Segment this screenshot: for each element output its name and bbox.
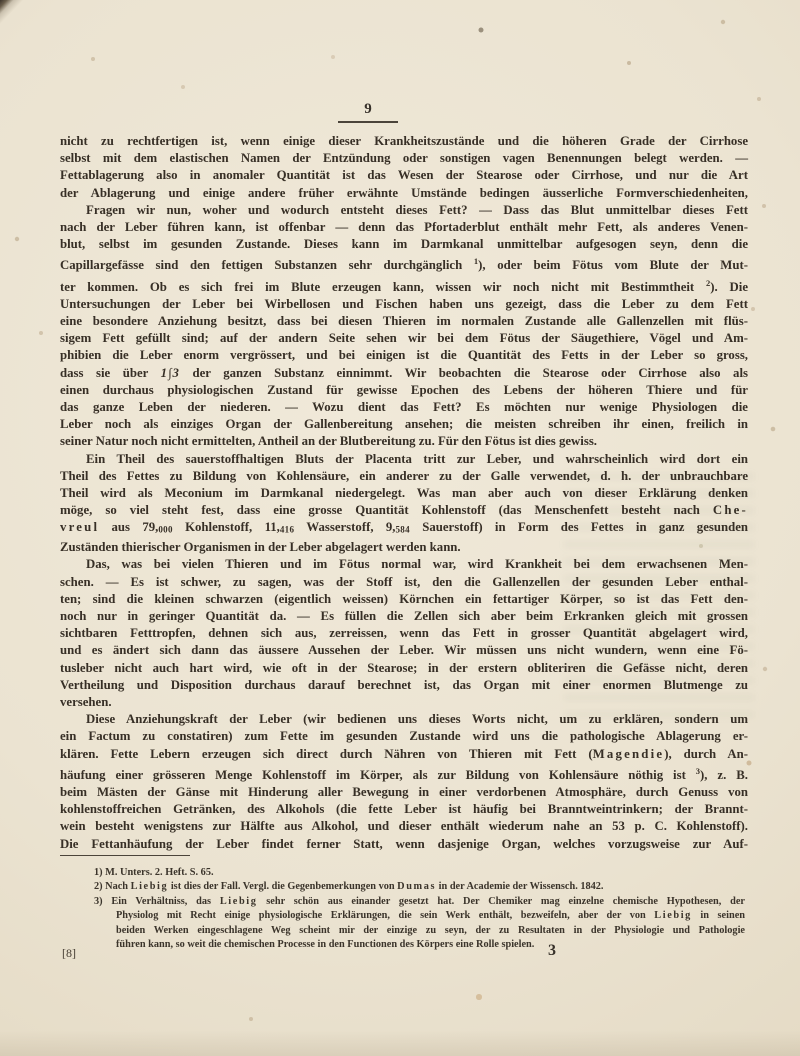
text-line: vreul aus 79,000 Kohlenstoff, 11,416 Was… [60,519,748,539]
footnote-line: 3) Ein Verhältniss, das Liebig sehr schö… [94,895,745,909]
text-line: phibien die Leber enorm vergrössert, und… [60,347,748,364]
text-segment: ein Factum zu constatiren) zum Fette im … [60,729,748,743]
sp-segment: Dumas [397,881,436,892]
text-line: blut, selbst im gesunden Zustande. Diese… [60,236,748,253]
text-line: häufung einer grösseren Menge Kohlenstof… [60,763,748,784]
text-segment: ), oder beim Fötus vom Blute der Mut- [478,258,748,272]
text-segment: dass sie über [60,366,161,380]
sp-segment: Magendie [593,747,665,761]
text-segment: blut, selbst im gesunden Zustande. Diese… [60,237,748,251]
text-segment: Das, was bei vielen Thieren und im Fötus… [86,557,748,571]
footnote-separator [60,855,190,856]
text-line: Capillargefässe sind den fettigen Substa… [60,253,748,274]
paper-specks [0,0,2,2]
text-segment: ), durch An- [664,747,748,761]
text-line: nicht zu rechtfertigen ist, wenn einige … [60,133,748,150]
text-segment: führen kann, so weit die chemischen Proc… [116,939,534,950]
text-segment: Kohlenstoff, 11, [173,520,280,534]
text-line: Theil des Fettes zu Bildung von Kohlensä… [60,468,748,485]
text-segment: Theil wird als Meconium im Darmkanal nie… [60,486,748,500]
footnote-line: führen kann, so weit die chemischen Proc… [94,938,745,952]
text-segment: Capillargefässe sind den fettigen Substa… [60,258,474,272]
text-segment: in der Academie der Wissensch. 1842. [436,881,603,892]
text-segment: Leber noch als einziges Organ der Gallen… [60,417,748,431]
text-line: beim Mästen der Gänse mit Hinderung alle… [60,784,748,801]
text-segment: häufung einer grösseren Menge Kohlenstof… [60,768,696,782]
footnote-line: 1) M. Unters. 2. Heft. S. 65. [94,866,745,880]
text-line: Untersuchungen der Leber bei Wirbellosen… [60,296,748,313]
text-segment: phibien die Leber enorm vergrössert, und… [60,348,748,362]
text-segment: Die Fettanhäufung der Leber findet ferne… [60,837,748,851]
it-segment: 1∫3 [161,366,180,380]
text-segment: in seinen [692,910,745,921]
text-segment: beiden Werken eingeschlagene Weg scheint… [116,925,745,936]
text-segment: tusleber nicht auch hart wird, wie oft i… [60,661,748,675]
sp-segment: vreul [60,520,99,534]
text-line: einen durchaus physiologischen Zustand f… [60,382,748,399]
sub-segment: 416 [280,525,294,535]
text-segment: beim Mästen der Gänse mit Hinderung alle… [60,785,748,799]
text-line: der Ablagerung und einige andere früher … [60,185,748,202]
text-line: Diese Anziehungskraft der Leber (wir bed… [60,711,748,728]
footnote-line: Physiolog mit Recht einige physiologisch… [94,909,745,923]
body-text: nicht zu rechtfertigen ist, wenn einige … [60,133,748,853]
text-segment: Fragen wir nun, woher und wodurch entste… [86,203,748,217]
text-segment: einen durchaus physiologischen Zustand f… [60,383,748,397]
text-line: schen. — Es ist schwer, zu sagen, was de… [60,574,748,591]
text-line: dass sie über 1∫3 der ganzen Substanz ei… [60,365,748,382]
text-segment: nach der Leber führen kann, ist offenbar… [60,220,748,234]
text-segment: nicht zu rechtfertigen ist, wenn einige … [60,134,748,148]
text-segment: möge, so viel steht fest, dass eine gros… [60,503,713,517]
text-line: das ganze Leben der niederen. — Wozu die… [60,399,748,416]
text-line: klären. Fette Lebern erzeugen sich direc… [60,746,748,763]
sheet-number: 3 [548,942,556,960]
text-segment: ), z. B. [700,768,748,782]
text-line: Die Fettanhäufung der Leber findet ferne… [60,836,748,853]
text-segment: der ganzen Substanz einnimmt. Wir beobac… [180,366,748,380]
text-line: kohlenstoffreichen Getränken, des Alkoho… [60,801,748,818]
text-segment: eine besondere Anziehung besitzt, dass b… [60,314,748,328]
text-line: und es ändert sich dann das äussere Auss… [60,642,748,659]
text-line: nach der Leber führen kann, ist offenbar… [60,219,748,236]
text-segment: ). Die [710,280,748,294]
text-segment: sehr schön aus einander gesetzt hat. Der… [257,896,745,907]
text-segment: Sauerstoff) in Form des Fettes in ganz g… [410,520,748,534]
text-line: Das, was bei vielen Thieren und im Fötus… [60,556,748,573]
text-line: noch nur in geringer Quantität da. — Es … [60,608,748,625]
text-segment: Fettablagerung also in anomaler Quantitä… [60,168,748,182]
text-segment: Untersuchungen der Leber bei Wirbellosen… [60,297,748,311]
text-segment: und es ändert sich dann das äussere Auss… [60,643,748,657]
footnotes: 1) M. Unters. 2. Heft. S. 65.2) Nach Lie… [94,866,745,952]
signature-mark: [8] [62,946,76,961]
text-line: Leber noch als einziges Organ der Gallen… [60,416,748,433]
text-segment: sigem Fett gefüllt sind; auf der andern … [60,331,748,345]
text-segment: kohlenstoffreichen Getränken, des Alkoho… [60,802,748,816]
scanned-book-page: 9 nicht zu rechtfertigen ist, wenn einig… [0,0,800,1056]
text-segment: der Ablagerung und einige andere früher … [60,186,748,200]
text-segment: schen. — Es ist schwer, zu sagen, was de… [60,575,748,589]
text-line: eine besondere Anziehung besitzt, dass b… [60,313,748,330]
text-segment: wein besteht wenigstens zur Hälfte aus A… [60,819,748,833]
text-segment: Ein Theil des sauerstoffhaltigen Bluts d… [86,452,748,466]
text-segment: ist dies der Fall. Vergl. die Gegenbemer… [168,881,397,892]
text-segment: 1) M. Unters. 2. Heft. S. 65. [94,867,214,878]
text-line: möge, so viel steht fest, dass eine gros… [60,502,748,519]
text-segment: versehen. [60,695,112,709]
text-segment: sichtbaren Fetttropfen, dehnen sich aus,… [60,626,748,640]
text-segment: 3) Ein Verhältniss, das [94,896,220,907]
text-segment: ter kommen. Ob es sich frei im Blute erz… [60,280,706,294]
text-line: Theil wird als Meconium im Darmkanal nie… [60,485,748,502]
text-segment: aus 79, [99,520,158,534]
text-segment: Diese Anziehungskraft der Leber (wir bed… [86,712,748,726]
text-line: ten; sind die kleinen schwarzen (eigentl… [60,591,748,608]
text-line: seiner Natur noch nicht ermittelten, Ant… [60,433,748,450]
text-line: sigem Fett gefüllt sind; auf der andern … [60,330,748,347]
text-line: ein Factum zu constatiren) zum Fette im … [60,728,748,745]
page-number: 9 [338,101,398,123]
text-line: tusleber nicht auch hart wird, wie oft i… [60,660,748,677]
bottom-shadow [0,1030,800,1056]
text-segment: noch nur in geringer Quantität da. — Es … [60,609,748,623]
text-segment: Vertheilung und Disposition durchaus dar… [60,678,748,692]
text-segment: klären. Fette Lebern erzeugen sich direc… [60,747,593,761]
text-line: Vertheilung und Disposition durchaus dar… [60,677,748,694]
text-segment: das ganze Leben der niederen. — Wozu die… [60,400,748,414]
text-line: versehen. [60,694,748,711]
text-line: Zuständen thierischer Organismen in der … [60,539,748,556]
footnote-line: beiden Werken eingeschlagene Weg scheint… [94,924,745,938]
text-line: sichtbaren Fetttropfen, dehnen sich aus,… [60,625,748,642]
text-line: wein besteht wenigstens zur Hälfte aus A… [60,818,748,835]
text-segment: Wasserstoff, 9, [294,520,395,534]
text-line: Fettablagerung also in anomaler Quantitä… [60,167,748,184]
sp-segment: Liebig [654,910,692,921]
text-line: selbst mit dem elastischen Namen der Ent… [60,150,748,167]
text-segment: Physiolog mit Recht einige physiologisch… [116,910,654,921]
text-line: Ein Theil des sauerstoffhaltigen Bluts d… [60,451,748,468]
text-segment: seiner Natur noch nicht ermittelten, Ant… [60,434,597,448]
text-segment: selbst mit dem elastischen Namen der Ent… [60,151,748,165]
scan-edge-artifact [0,0,46,46]
text-segment: ten; sind die kleinen schwarzen (eigentl… [60,592,748,606]
text-line: Fragen wir nun, woher und wodurch entste… [60,202,748,219]
text-segment: Theil des Fettes zu Bildung von Kohlensä… [60,469,748,483]
sub-segment: 584 [395,525,409,535]
sub-segment: 000 [158,525,172,535]
sp-segment: Liebig [131,881,169,892]
sp-segment: Che- [713,503,748,517]
footnote-line: 2) Nach Liebig ist dies der Fall. Vergl.… [94,880,745,894]
text-segment: Zuständen thierischer Organismen in der … [60,540,461,554]
sp-segment: Liebig [220,896,258,907]
text-segment: 2) Nach [94,881,131,892]
text-line: ter kommen. Ob es sich frei im Blute erz… [60,275,748,296]
